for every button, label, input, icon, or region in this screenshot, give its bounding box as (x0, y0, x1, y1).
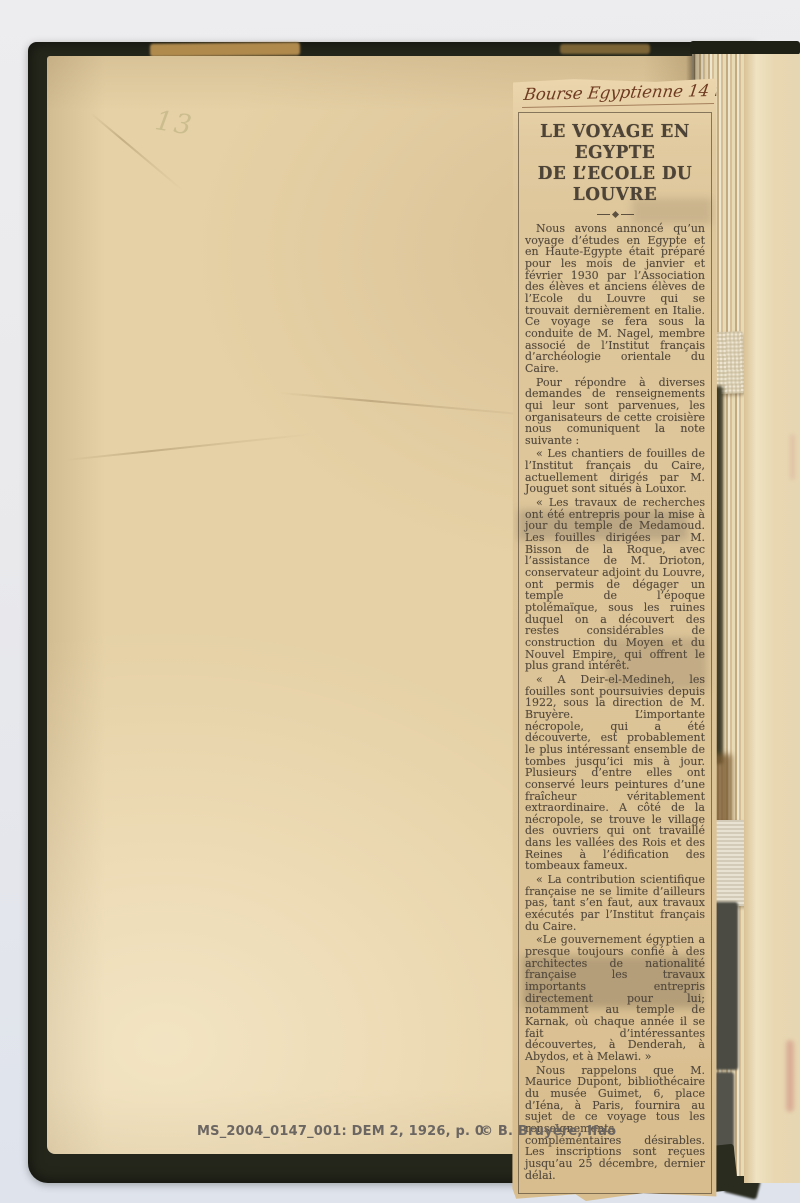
cover-fray-top-mid (560, 44, 650, 54)
article-paragraph: « Les travaux de recherches ont été entr… (525, 497, 705, 672)
headline-line-1: LE VOYAGE EN EGYPTE (530, 121, 699, 163)
headline-line-2: DE L’ECOLE DU LOUVRE (530, 163, 699, 205)
article-paragraph: Nous avons annoncé qu’un voyage d’études… (525, 223, 705, 375)
article-paragraph: Nous rappelons que M. Maurice Dupont, bi… (525, 1065, 705, 1182)
ornament-line (621, 214, 634, 216)
clipping-column: LE VOYAGE EN EGYPTE DE L’ECOLE DU LOUVRE… (518, 112, 712, 1194)
scan-background: 13 Bourse Egyptienne 14 novembre 1929 LE… (0, 0, 800, 1203)
handwritten-annotation: Bourse Egyptienne 14 novembre 1929 (522, 81, 717, 108)
cover-fray-top-left (150, 42, 300, 57)
pencil-mark: 13 (153, 105, 196, 142)
clipping-headline: LE VOYAGE EN EGYPTE DE L’ECOLE DU LOUVRE (530, 121, 699, 205)
article-paragraph: « Les chantiers de fouilles de l’Institu… (525, 448, 705, 495)
page-crease (66, 433, 315, 461)
reference-caption: MS_2004_0147_001: DEM 2, 1926, p. 0 (197, 1124, 484, 1139)
article-paragraph: « A Deir-el-Medineh, les fouilles sont p… (525, 674, 705, 872)
ornament-divider (525, 212, 705, 217)
red-ink-smudge (790, 434, 795, 480)
article-paragraph: «Le gouvernement égyptien a presque touj… (525, 934, 705, 1062)
article-paragraph: Pour répondre à diverses demandes de ren… (525, 377, 705, 447)
copyright-caption: © B. Bruyère, Ifao (480, 1124, 616, 1139)
facing-page-edge (744, 54, 800, 1183)
article-paragraph: « La contribution scientifique française… (525, 874, 705, 932)
ornament-line (597, 214, 610, 216)
newspaper-clipping: Bourse Egyptienne 14 novembre 1929 LE VO… (512, 78, 717, 1202)
article-body: Nous avons annoncé qu’un voyage d’études… (525, 223, 705, 1181)
ornament-diamond-icon (611, 211, 618, 218)
scan-caption-bar: MS_2004_0147_001: DEM 2, 1926, p. 0 © B.… (0, 1124, 800, 1144)
red-ink-smudge (786, 1040, 794, 1112)
cover-edge-top-right (690, 41, 800, 55)
